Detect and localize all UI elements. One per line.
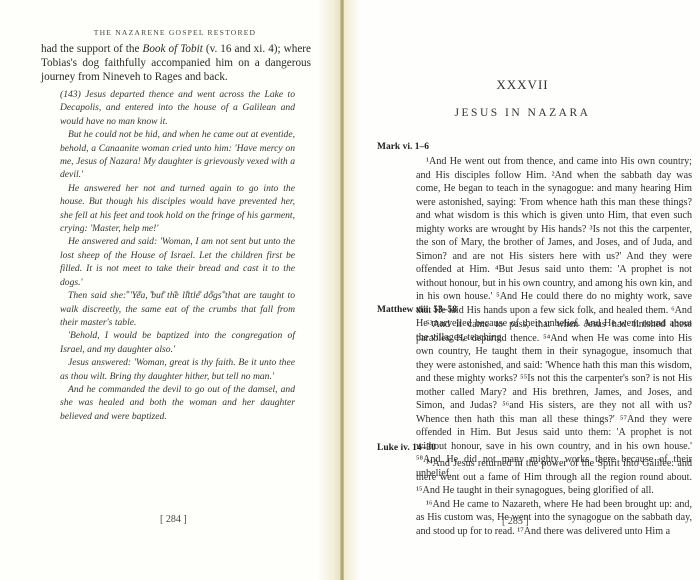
passage-paragraph: But he could not be hid, and when he cam… — [60, 128, 295, 182]
chapter-number: XXXVII — [345, 77, 700, 93]
passage-paragraph: He answered her not and turned again to … — [60, 182, 295, 236]
book-spread: THE NAZARENE GOSPEL RESTORED had the sup… — [0, 0, 700, 580]
intro-paragraph: had the support of the Book of Tobit (v.… — [41, 42, 311, 85]
passage-paragraph: 'Behold, I would be baptized into the co… — [60, 329, 295, 356]
gutter-shadow-left — [318, 0, 340, 580]
intro-book-title: Book of Tobit — [143, 43, 203, 55]
scripture-paragraph: ¹⁶And He came to Nazareth, where He had … — [416, 498, 692, 539]
source-heading-mark: Mark vi. 1–6 — [377, 142, 429, 152]
passage-paragraph: (143) Jesus departed thence and went acr… — [60, 88, 295, 128]
scripture-paragraph: ¹And He went out from thence, and came i… — [416, 155, 692, 344]
section-ornament: * * * * * * * * * — [60, 289, 295, 298]
source-heading-matthew: Matthew xiii. 53–58 — [377, 305, 457, 315]
section-body-matthew: ⁵³And it came to pass, that when Jesus h… — [416, 318, 692, 480]
chapter-title: JESUS IN NAZARA — [345, 107, 700, 119]
source-heading-luke: Luke iv. 14–30 — [377, 443, 436, 453]
page-number-left: [ 284 ] — [160, 514, 187, 525]
page-number-right: [ 285 ] — [502, 516, 529, 527]
running-head: THE NAZARENE GOSPEL RESTORED — [40, 28, 310, 37]
passage-paragraph: He answered and said: 'Woman, I am not s… — [60, 235, 295, 289]
intro-text: had the support of the — [41, 43, 143, 55]
passage-paragraph: And he commanded the devil to go out of … — [60, 383, 295, 423]
restored-gospel-passage: (143) Jesus departed thence and went acr… — [60, 88, 295, 423]
passage-paragraph: Jesus answered: 'Woman, great is thy fai… — [60, 356, 295, 383]
scripture-paragraph: ⁵³And it came to pass, that when Jesus h… — [416, 318, 692, 480]
section-body-mark: ¹And He went out from thence, and came i… — [416, 155, 692, 344]
section-body-luke: ¹⁴And Jesus returned in the power of the… — [416, 457, 692, 538]
scripture-paragraph: ¹⁴And Jesus returned in the power of the… — [416, 457, 692, 498]
